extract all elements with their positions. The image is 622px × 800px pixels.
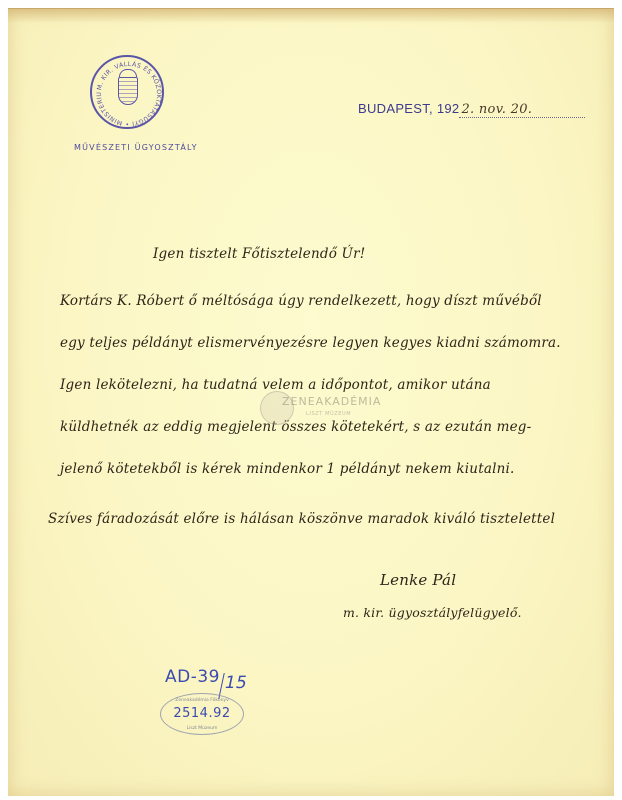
ministry-seal: M. KIR. VALLÁS ÉS KÖZOKTATÁSÜGYI • MINIS… — [90, 55, 164, 129]
museum-watermark: ZENEAKADÉMIA LISZT MÚZEUM — [260, 391, 410, 427]
dateline-printed: BUDAPEST, 192 — [358, 101, 459, 116]
crown-icon — [119, 69, 137, 77]
coat-of-arms-icon — [118, 77, 138, 105]
signature-title: m. kir. ügyosztályfelügyelő. — [343, 605, 522, 620]
signature: Lenke Pál — [380, 571, 456, 589]
inventory-stamp: Zeneakadémia Főkönyv 2514.92 Liszt Múzeu… — [160, 693, 244, 735]
watermark-title: ZENEAKADÉMIA — [282, 395, 381, 408]
dateline-handwritten: 2. nov. 20. — [459, 102, 585, 118]
archive-reference-code: AD-39 — [165, 667, 220, 687]
stamp-bottom-text: Liszt Múzeum — [161, 726, 243, 731]
watermark-subtitle: LISZT MÚZEUM — [306, 411, 351, 417]
body-line: Szíves fáradozását előre is hálásan kösz… — [48, 511, 555, 527]
body-line: egy teljes példányt elismervényezésre le… — [60, 335, 561, 351]
stamp-number: 2514.92 — [161, 706, 243, 721]
salutation: Igen tisztelt Főtisztelendő Úr! — [153, 246, 365, 262]
stamp-top-text: Zeneakadémia Főkönyv — [161, 698, 243, 703]
dateline: BUDAPEST, 1922. nov. 20. — [358, 101, 585, 118]
department-name: MŰVÉSZETI ÜGYOSZTÁLY — [74, 143, 198, 152]
body-line: Kortárs K. Róbert ő méltósága úgy rendel… — [60, 293, 542, 309]
body-line: jelenő kötetekből is kérek mindenkor 1 p… — [60, 461, 515, 477]
document-page: M. KIR. VALLÁS ÉS KÖZOKTATÁSÜGYI • MINIS… — [8, 8, 614, 796]
